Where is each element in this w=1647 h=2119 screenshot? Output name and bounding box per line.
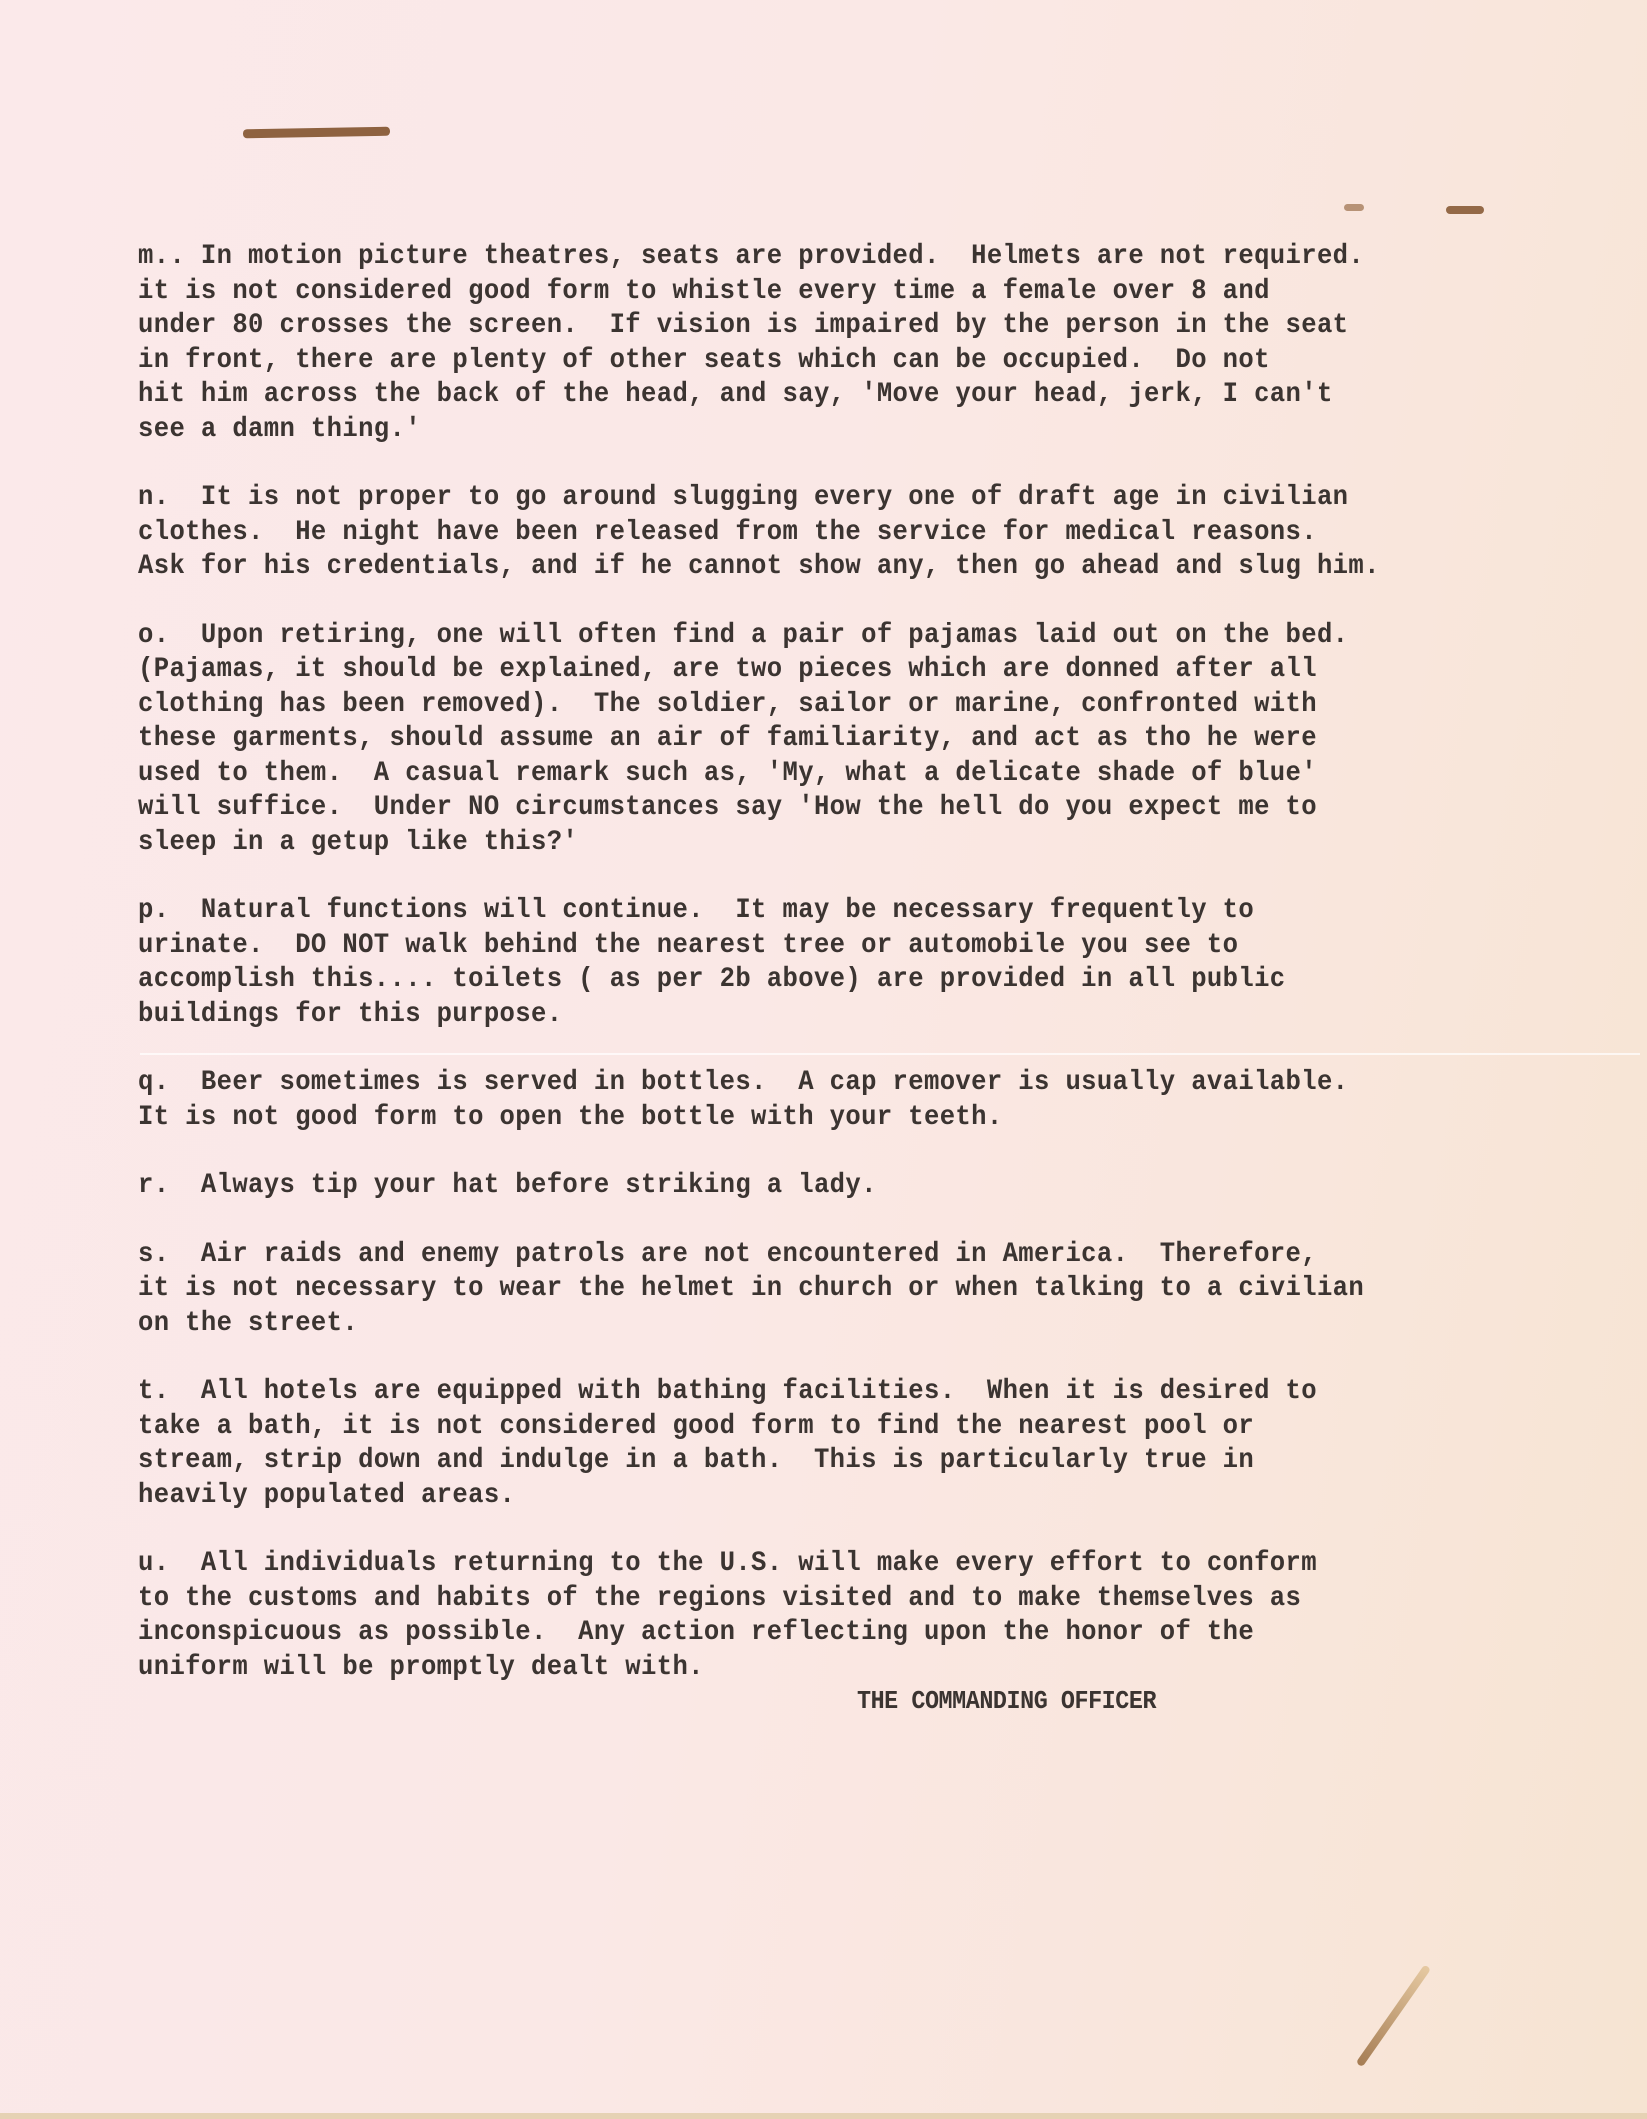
document-page: m.. In motion picture theatres, seats ar… [0, 0, 1647, 2119]
text-line: clothing has been removed). The soldier,… [138, 688, 1533, 723]
text-line: (Pajamas, it should be explained, are tw… [138, 653, 1533, 688]
paragraph-u: u. All individuals returning to the U.S.… [138, 1547, 1638, 1685]
text-line: clothes. He night have been released fro… [138, 516, 1533, 551]
text-line: it is not considered good form to whistl… [138, 275, 1533, 310]
text-line: under 80 crosses the screen. If vision i… [138, 309, 1533, 344]
text-line: in front, there are plenty of other seat… [138, 344, 1533, 379]
text-line: u. All individuals returning to the U.S.… [138, 1547, 1533, 1582]
text-line: these garments, should assume an air of … [138, 722, 1533, 757]
text-line: m.. In motion picture theatres, seats ar… [138, 240, 1533, 275]
paragraph-t: t. All hotels are equipped with bathing … [138, 1375, 1638, 1513]
paragraph-q: q. Beer sometimes is served in bottles. … [138, 1066, 1638, 1135]
paragraph-s: s. Air raids and enemy patrols are not e… [138, 1238, 1638, 1342]
text-line: Ask for his credentials, and if he canno… [138, 550, 1533, 585]
text-line: p. Natural functions will continue. It m… [138, 894, 1533, 929]
text-line: stream, strip down and indulge in a bath… [138, 1444, 1533, 1479]
text-line: t. All hotels are equipped with bathing … [138, 1375, 1533, 1410]
text-line: s. Air raids and enemy patrols are not e… [138, 1238, 1533, 1273]
text-line: to the customs and habits of the regions… [138, 1582, 1533, 1617]
paragraph-n: n. It is not proper to go around sluggin… [138, 481, 1638, 585]
paragraph-p: p. Natural functions will continue. It m… [138, 894, 1638, 1032]
rust-stain [1356, 1964, 1431, 2067]
text-line: r. Always tip your hat before striking a… [138, 1169, 1533, 1204]
text-line: inconspicuous as possible. Any action re… [138, 1616, 1533, 1651]
text-line: see a damn thing.' [138, 413, 1533, 448]
staple-mark [243, 127, 390, 139]
text-line: it is not necessary to wear the helmet i… [138, 1272, 1533, 1307]
staple-mark [1446, 206, 1484, 214]
paragraph-r: r. Always tip your hat before striking a… [138, 1169, 1638, 1204]
text-line: sleep in a getup like this?' [138, 826, 1533, 861]
paragraph-o: o. Upon retiring, one will often find a … [138, 619, 1638, 861]
signature: THE COMMANDING OFFICER [857, 1686, 1156, 1716]
paper-edge [0, 2113, 1647, 2119]
document-body: m.. In motion picture theatres, seats ar… [138, 240, 1638, 1719]
text-line: urinate. DO NOT walk behind the nearest … [138, 929, 1533, 964]
text-line: It is not good form to open the bottle w… [138, 1101, 1533, 1136]
text-line: on the street. [138, 1307, 1533, 1342]
text-line: q. Beer sometimes is served in bottles. … [138, 1066, 1533, 1101]
text-line: heavily populated areas. [138, 1479, 1533, 1514]
text-line: buildings for this purpose. [138, 998, 1533, 1033]
text-line: will suffice. Under NO circumstances say… [138, 791, 1533, 826]
text-line: o. Upon retiring, one will often find a … [138, 619, 1533, 654]
text-line: used to them. A casual remark such as, '… [138, 757, 1533, 792]
text-line: uniform will be promptly dealt with. [138, 1651, 1533, 1686]
text-line: accomplish this.... toilets ( as per 2b … [138, 963, 1533, 998]
text-line: hit him across the back of the head, and… [138, 378, 1533, 413]
paragraph-m: m.. In motion picture theatres, seats ar… [138, 240, 1638, 447]
text-line: take a bath, it is not considered good f… [138, 1410, 1533, 1445]
text-line: n. It is not proper to go around sluggin… [138, 481, 1533, 516]
staple-mark [1344, 204, 1364, 211]
